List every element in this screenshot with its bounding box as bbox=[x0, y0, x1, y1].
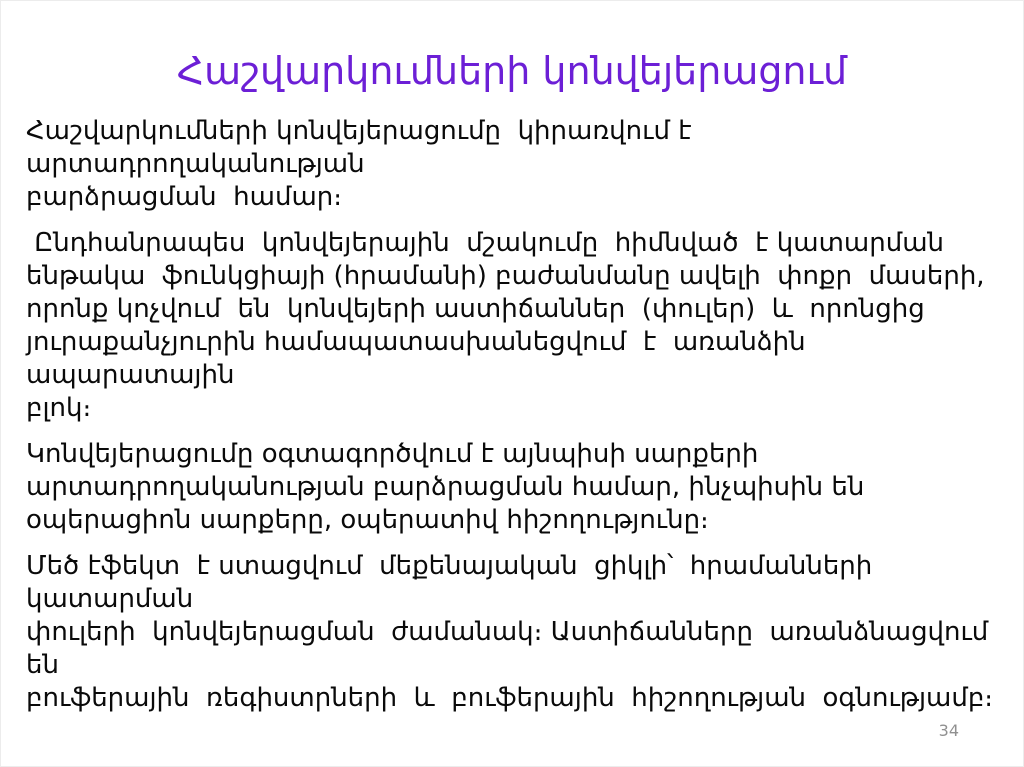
page-number: 34 bbox=[939, 721, 959, 740]
slide: Հաշվարկումների կոնվեյերացում Հաշվարկումն… bbox=[0, 0, 1024, 767]
slide-body: Հաշվարկումների կոնվեյերացումը կիրառվում … bbox=[1, 93, 1023, 715]
body-paragraph: Հաշվարկումների կոնվեյերացումը կիրառվում … bbox=[26, 115, 999, 214]
slide-title: Հաշվարկումների կոնվեյերացում bbox=[1, 1, 1023, 93]
body-paragraph: Մեծ էֆեկտ է ստացվում մեքենայական ցիկլի՝ … bbox=[26, 550, 999, 715]
body-paragraph: Կոնվեյերացումը օգտագործվում է այնպիսի սա… bbox=[26, 438, 999, 537]
body-paragraph: Ընդհանրապես կոնվեյերային մշակումը հիմնվա… bbox=[26, 227, 999, 425]
